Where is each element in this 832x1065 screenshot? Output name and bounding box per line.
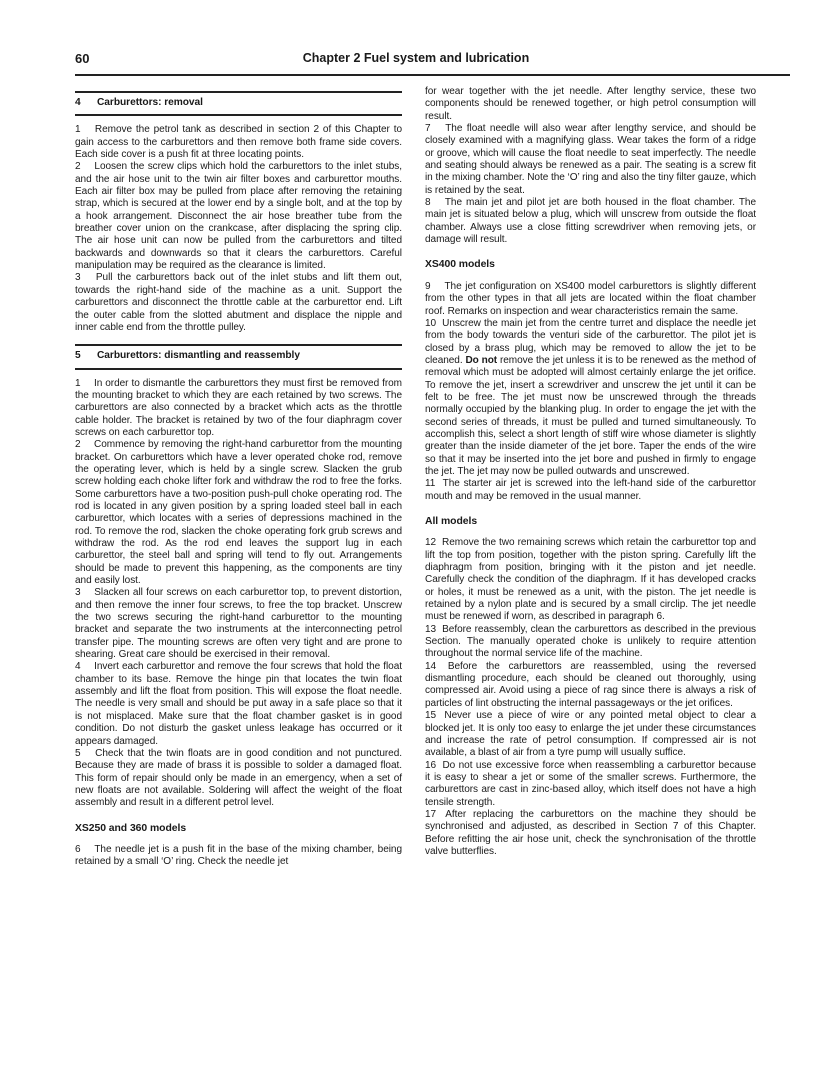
paragraph-text: Do not use excessive force when reassemb…	[425, 760, 756, 808]
paragraph-number: 15	[425, 710, 439, 722]
paragraph: 2 Loosen the screw clips which hold the …	[75, 161, 402, 272]
paragraph: 3 Slacken all four screws on each carbur…	[75, 587, 402, 661]
subheading-xs250-360: XS250 and 360 models	[75, 823, 402, 835]
paragraph: 5 Check that the twin floats are in good…	[75, 748, 402, 810]
paragraph-number: 10	[425, 318, 439, 330]
section-number: 5	[75, 350, 97, 362]
paragraph-number: 2	[75, 439, 91, 451]
paragraph: 6 The needle jet is a push fit in the ba…	[75, 844, 402, 869]
paragraph-text: In order to dismantle the carburettors t…	[75, 378, 402, 438]
paragraph-number: 11	[425, 478, 439, 490]
paragraph: 11 The starter air jet is screwed into t…	[425, 478, 756, 503]
paragraph-text: Slacken all four screws on each carburet…	[75, 587, 402, 660]
paragraph: 9 The jet configuration on XS400 model c…	[425, 281, 756, 318]
subheading-all-models: All models	[425, 516, 756, 528]
paragraph-number: 7	[425, 123, 441, 135]
section-title: Carburettors: removal	[97, 97, 203, 108]
paragraph-text: Commence by removing the right-hand carb…	[75, 439, 402, 586]
paragraph-text: Before the carburettors are reassembled,…	[425, 661, 756, 709]
paragraph: 14 Before the carburettors are reassembl…	[425, 661, 756, 710]
paragraph-number: 13	[425, 624, 439, 636]
paragraph: 8 The main jet and pilot jet are both ho…	[425, 197, 756, 246]
running-title: Chapter 2 Fuel system and lubrication	[0, 51, 832, 65]
paragraph-number: 17	[425, 809, 439, 821]
paragraph-number: 16	[425, 760, 439, 772]
paragraph-number: 12	[425, 537, 439, 549]
paragraph-text: The needle jet is a push fit in the base…	[75, 844, 402, 867]
paragraph: 13 Before reassembly, clean the carburet…	[425, 624, 756, 661]
left-column: 4Carburettors: removal 1 Remove the petr…	[75, 84, 402, 869]
paragraph-number: 8	[425, 197, 441, 209]
paragraph-text: remove the jet unless it is to be renewe…	[425, 355, 756, 477]
paragraph-number: 5	[75, 748, 91, 760]
paragraph: 15 Never use a piece of wire or any poin…	[425, 710, 756, 759]
paragraph-continued: for wear together with the jet needle. A…	[425, 86, 756, 123]
paragraph-text: Check that the twin floats are in good c…	[75, 748, 402, 808]
paragraph: 3 Pull the carburettors back out of the …	[75, 272, 402, 334]
paragraph-number: 14	[425, 661, 439, 673]
paragraph: 4 Invert each carburettor and remove the…	[75, 661, 402, 747]
paragraph: 2 Commence by removing the right-hand ca…	[75, 439, 402, 587]
paragraph: 7 The float needle will also wear after …	[425, 123, 756, 197]
paragraph-number: 3	[75, 272, 91, 284]
paragraph-text: Invert each carburettor and remove the f…	[75, 661, 402, 746]
subheading-xs400: XS400 models	[425, 259, 756, 271]
paragraph: 1 In order to dismantle the carburettors…	[75, 378, 402, 440]
paragraph-number: 4	[75, 661, 91, 673]
paragraph: 17 After replacing the carburettors on t…	[425, 809, 756, 858]
paragraph: 16 Do not use excessive force when reass…	[425, 760, 756, 809]
paragraph-number: 1	[75, 378, 91, 390]
paragraph-text: The jet configuration on XS400 model car…	[425, 281, 756, 317]
paragraph-text: Remove the petrol tank as described in s…	[75, 124, 402, 160]
section-title: Carburettors: dismantling and reassembly	[97, 350, 300, 361]
paragraph: 12 Remove the two remaining screws which…	[425, 537, 756, 623]
header-rule	[75, 74, 790, 76]
paragraph-text: The starter air jet is screwed into the …	[425, 478, 756, 501]
paragraph-text: Pull the carburettors back out of the in…	[75, 272, 402, 332]
paragraph-number: 1	[75, 124, 91, 136]
paragraph: 1 Remove the petrol tank as described in…	[75, 124, 402, 161]
paragraph-number: 3	[75, 587, 91, 599]
paragraph-text: After replacing the carburettors on the …	[425, 809, 756, 857]
paragraph-text: The float needle will also wear after le…	[425, 123, 756, 196]
section-4-heading: 4Carburettors: removal	[75, 91, 402, 116]
paragraph-text: Before reassembly, clean the carburettor…	[425, 624, 756, 660]
paragraph-text: Loosen the screw clips which hold the ca…	[75, 161, 402, 271]
emphasis-text: Do not	[465, 355, 497, 366]
paragraph-text: The main jet and pilot jet are both hous…	[425, 197, 756, 245]
paragraph-text: Never use a piece of wire or any pointed…	[425, 710, 756, 758]
paragraph: 10 Unscrew the main jet from the centre …	[425, 318, 756, 478]
section-5-heading: 5Carburettors: dismantling and reassembl…	[75, 344, 402, 369]
section-number: 4	[75, 97, 97, 109]
paragraph-number: 2	[75, 161, 91, 173]
paragraph-number: 9	[425, 281, 441, 293]
right-column: for wear together with the jet needle. A…	[425, 86, 756, 858]
paragraph-number: 6	[75, 844, 91, 856]
paragraph-text: Remove the two remaining screws which re…	[425, 537, 756, 622]
